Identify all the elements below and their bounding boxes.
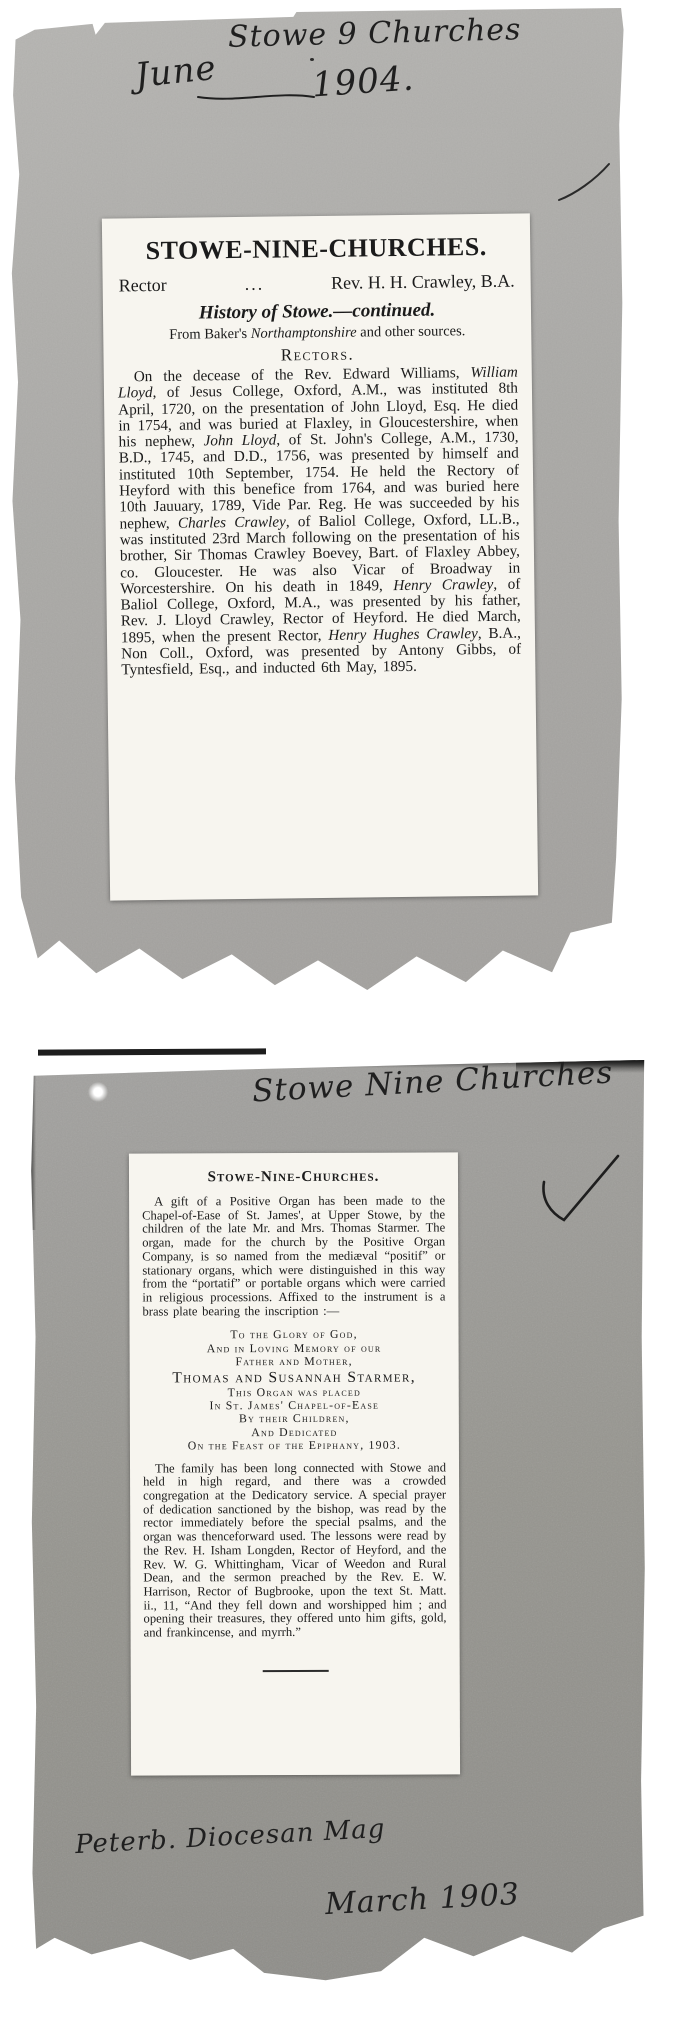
newspaper-clipping-rectors: STOWE-NINE-CHURCHES. Rector ... Rev. H. … [102,213,538,900]
handwritten-page-title: Stowe Nine Churches [251,1060,614,1109]
clipping-paragraph-2: The family has been long connected with … [143,1461,447,1640]
handwritten-page-title: Stowe 9 Churches [228,12,522,55]
scanned-scrapbook-document: Stowe 9 Churches June 1904. STOWE-NINE-C… [0,0,700,2028]
handwritten-source-note: Peterb. Diocesan Mag [74,1814,386,1860]
clipping-source-line: From Baker's Northamptonshire and other … [117,323,517,345]
rector-line: Rector ... Rev. H. H. Crawley, B.A. [117,271,517,297]
clipping-body-text: On the decease of the Rev. Edward Willia… [118,365,522,680]
scrapbook-page-1: Stowe 9 Churches June 1904. STOWE-NINE-C… [10,6,626,996]
rector-label: Rector [119,275,167,297]
pen-scratch-stroke [555,158,617,206]
rector-dots: ... [245,274,265,295]
newspaper-clipping-organ: Stowe-Nine-Churches. A gift of a Positiv… [129,1152,460,1775]
rector-name: Rev. H. H. Crawley, B.A. [331,271,515,294]
ink-speck [310,58,314,61]
brass-plate-inscription: To the Glory of God,And in Loving Memory… [147,1328,442,1453]
clipping-title: Stowe-Nine-Churches. [142,1168,445,1186]
pen-checkmark-stroke [528,1144,628,1236]
scan-edge-sliver [38,1048,266,1055]
handwritten-date-note: March 1903 [324,1877,521,1922]
clipping-paragraph-1: A gift of a Positive Organ has been made… [142,1194,445,1318]
handwritten-date-year: 1904. [311,58,416,105]
clipping-title: STOWE-NINE-CHURCHES. [116,232,516,267]
scrapbook-page-2: Stowe Nine Churches Stowe-Nine-Churches.… [30,1060,646,1984]
end-rule [262,1670,328,1672]
page-left-shadow [30,1060,36,1230]
clipping-subtitle: History of Stowe.—continued. [117,299,517,326]
pen-flourish-stroke [196,88,316,104]
paper-bright-spot [88,1082,108,1102]
